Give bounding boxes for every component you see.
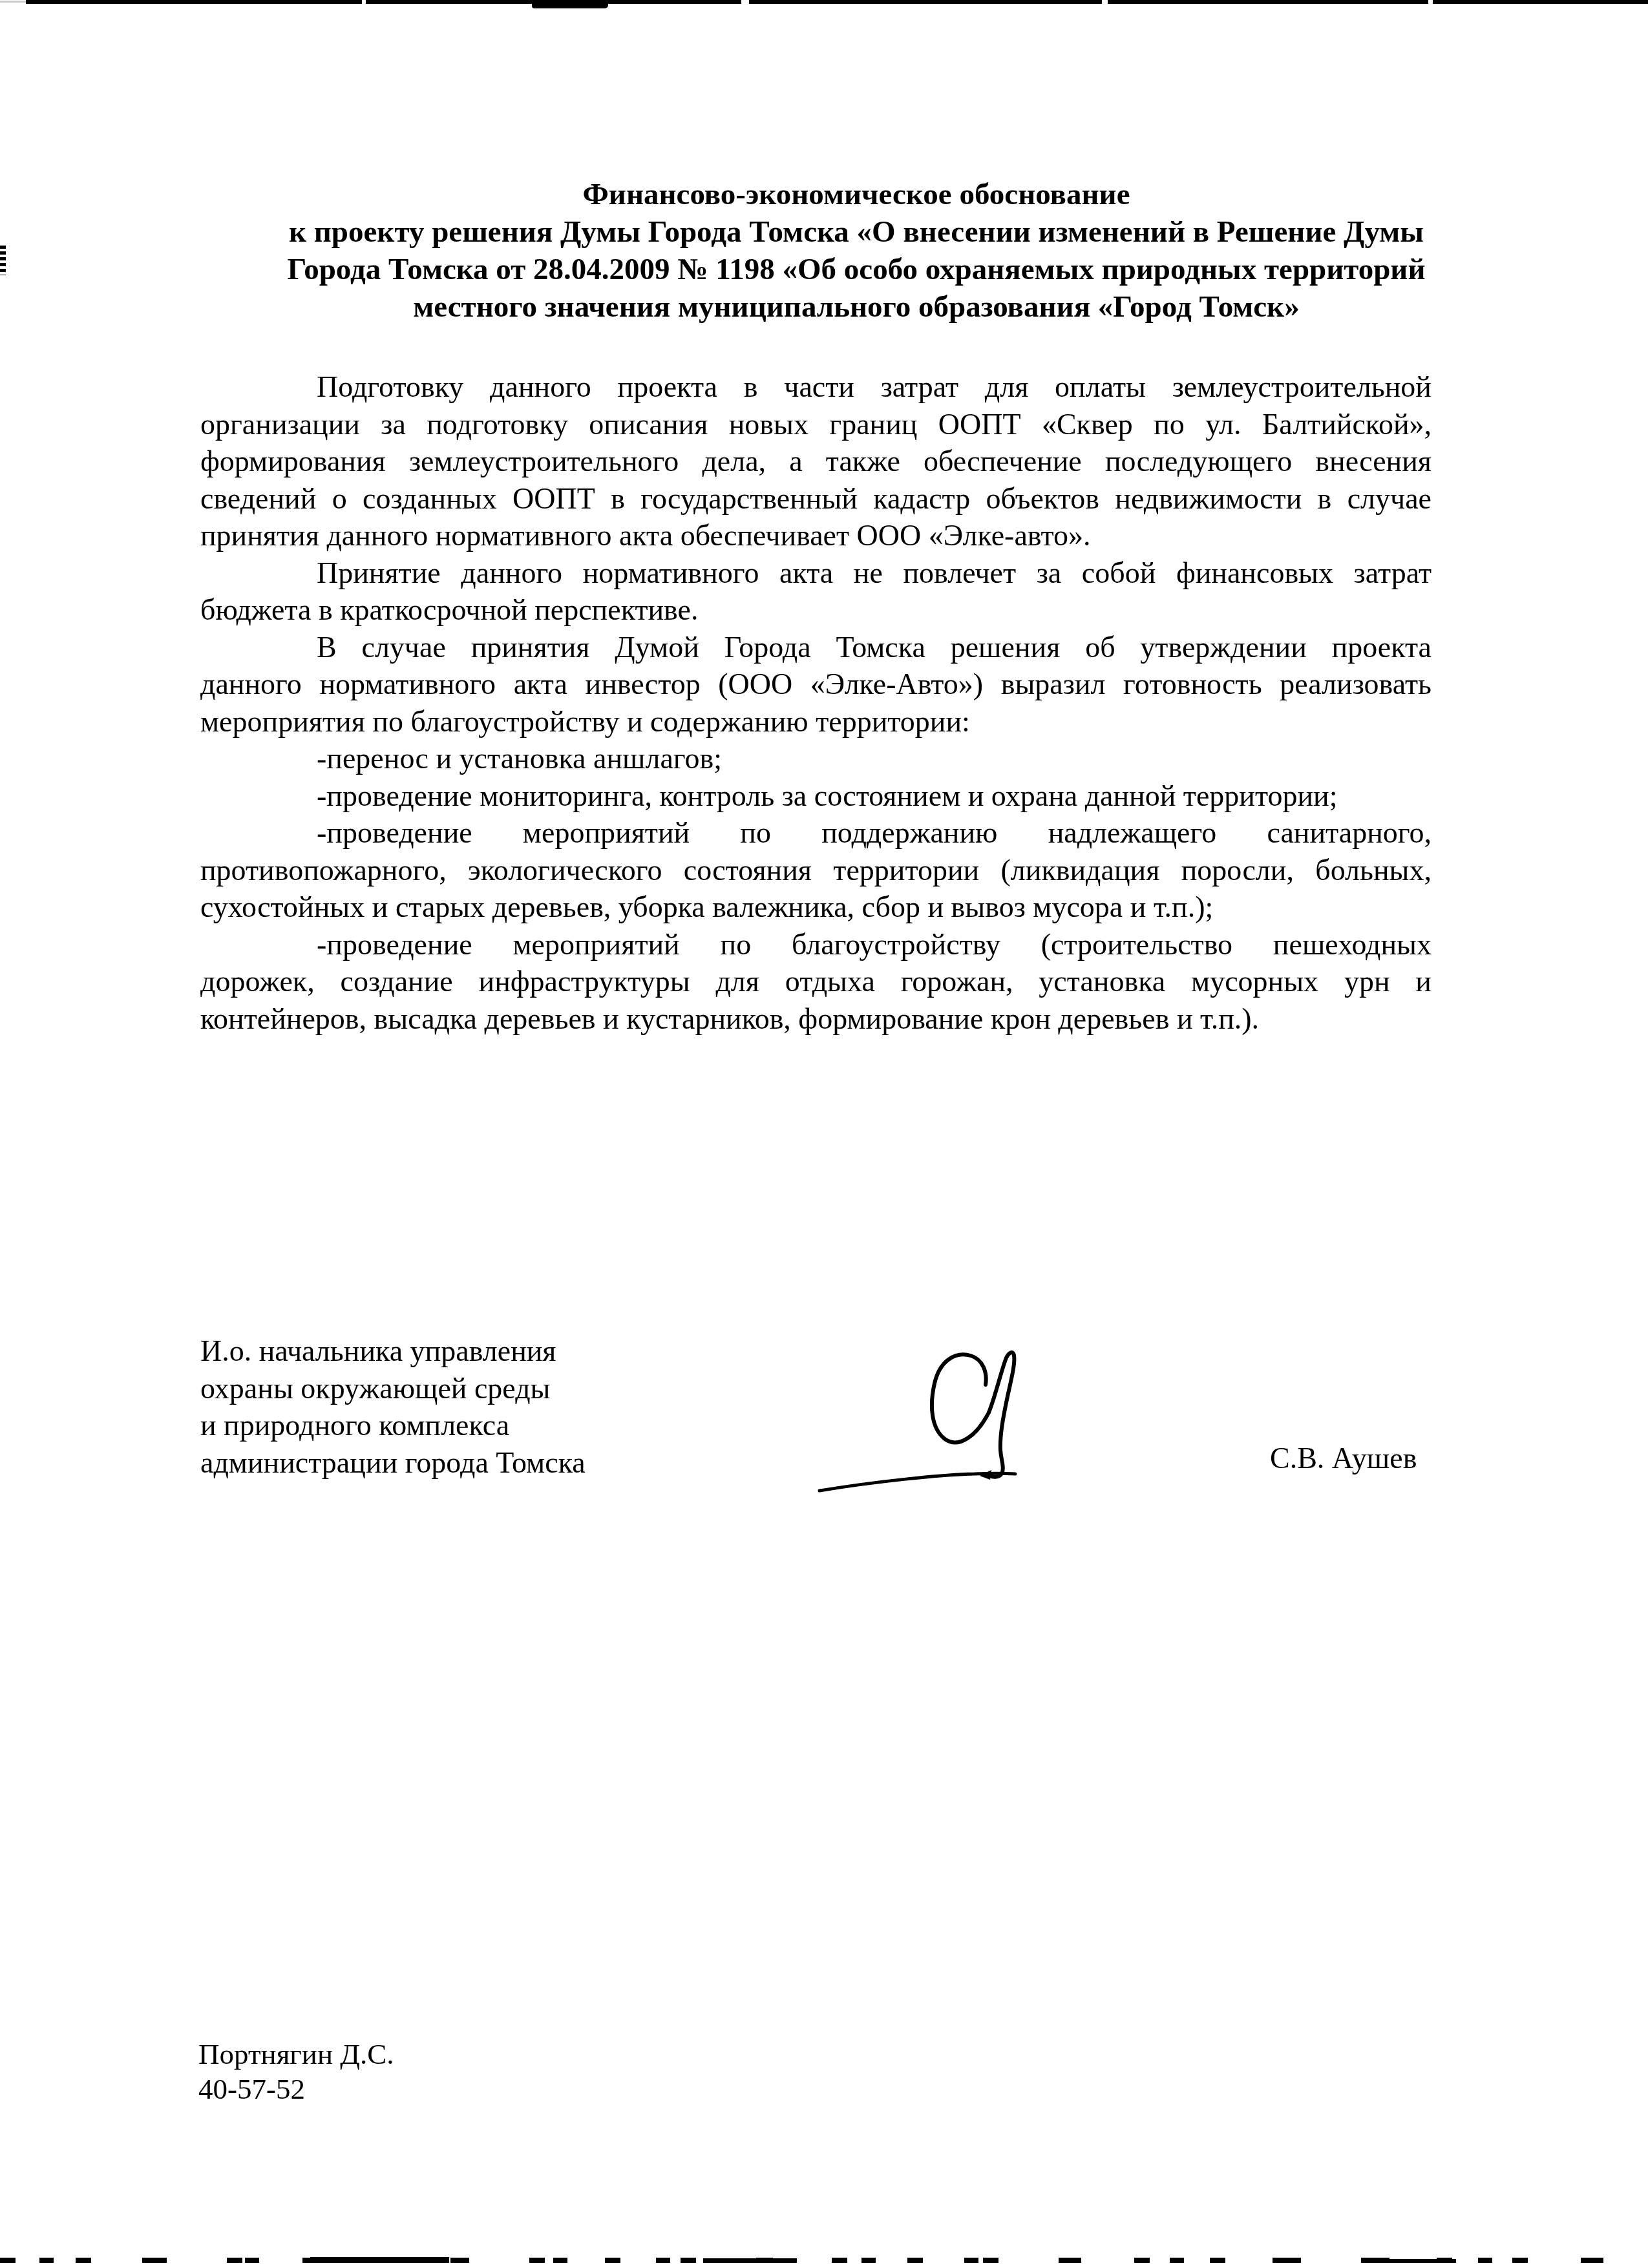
title-line: местного значения муниципального образов… bbox=[233, 288, 1480, 326]
signatory-name: С.В. Аушев bbox=[1270, 1440, 1417, 1477]
body-text-line: дорожек, создание инфраструктуры для отд… bbox=[200, 963, 1431, 1000]
scan-artifact-gap bbox=[1102, 0, 1108, 5]
body-text-line: организации за подготовку описания новых… bbox=[200, 406, 1431, 443]
body-text-line: формирования землеустроительного дела, а… bbox=[200, 443, 1431, 480]
title-line: Финансово-экономическое обоснование bbox=[233, 176, 1480, 213]
executor-name: Портнягин Д.С. bbox=[198, 2037, 394, 2072]
body-text-line: В случае принятия Думой Города Томска ре… bbox=[200, 629, 1431, 666]
executor-phone: 40-57-52 bbox=[198, 2072, 394, 2106]
scan-artifact-top-edge-line bbox=[26, 0, 1648, 4]
handwritten-signature bbox=[813, 1348, 1033, 1496]
scan-artifact-left-edge-marks bbox=[0, 246, 6, 275]
body-text-line: мероприятия по благоустройству и содержа… bbox=[200, 703, 1431, 740]
scan-artifact-bottom-dash bbox=[703, 2258, 797, 2263]
signatory-position-line: и природного комплекса bbox=[200, 1407, 782, 1444]
signatory-position-line: охраны окружающей среды bbox=[200, 1370, 782, 1407]
scan-artifact-gap bbox=[1428, 0, 1433, 5]
scan-artifact-top-edge-blob bbox=[532, 0, 608, 8]
document-body: Подготовку данного проекта в части затра… bbox=[200, 368, 1431, 1037]
body-text-line: бюджета в краткосрочной перспективе. bbox=[200, 591, 1431, 629]
signatory-position-line: И.о. начальника управления bbox=[200, 1332, 782, 1370]
signatory-position-block: И.о. начальника управления охраны окружа… bbox=[200, 1332, 782, 1481]
body-text-line: -проведение мероприятий по поддержанию н… bbox=[200, 814, 1431, 852]
body-text-line: сухостойных и старых деревьев, уборка ва… bbox=[200, 888, 1431, 926]
scan-artifact-gap bbox=[741, 0, 749, 5]
signatory-position-line: администрации города Томска bbox=[200, 1444, 782, 1482]
scan-artifact-top-edge-faint bbox=[0, 1, 26, 3]
body-text-line: -проведение мониторинга, контроль за сос… bbox=[200, 777, 1431, 815]
body-text-line: противопожарного, экологического состоян… bbox=[200, 852, 1431, 889]
body-text-line: Подготовку данного проекта в части затра… bbox=[200, 368, 1431, 406]
scan-artifact-bottom-dash bbox=[1388, 2259, 1456, 2263]
body-text-line: сведений о созданных ООПТ в государствен… bbox=[200, 480, 1431, 518]
scanned-document-page: Финансово-экономическое обоснование к пр… bbox=[0, 0, 1648, 2268]
body-text-line: принятия данного нормативного акта обесп… bbox=[200, 517, 1431, 554]
body-text-line: контейнеров, высадка деревьев и кустарни… bbox=[200, 1000, 1431, 1038]
body-text-line: -перенос и установка аншлагов; bbox=[200, 740, 1431, 777]
scan-artifact-bottom-dash bbox=[310, 2257, 449, 2263]
scan-artifact-gap bbox=[362, 0, 366, 5]
title-line: к проекту решения Думы Города Томска «О … bbox=[233, 213, 1480, 251]
document-footer: Портнягин Д.С. 40-57-52 bbox=[198, 2037, 394, 2106]
title-line: Города Томска от 28.04.2009 № 1198 «Об о… bbox=[233, 251, 1480, 288]
body-text-line: -проведение мероприятий по благоустройст… bbox=[200, 926, 1431, 963]
document-title: Финансово-экономическое обоснование к пр… bbox=[233, 176, 1480, 326]
body-text-line: данного нормативного акта инвестор (ООО … bbox=[200, 666, 1431, 703]
body-text-line: Принятие данного нормативного акта не по… bbox=[200, 554, 1431, 592]
